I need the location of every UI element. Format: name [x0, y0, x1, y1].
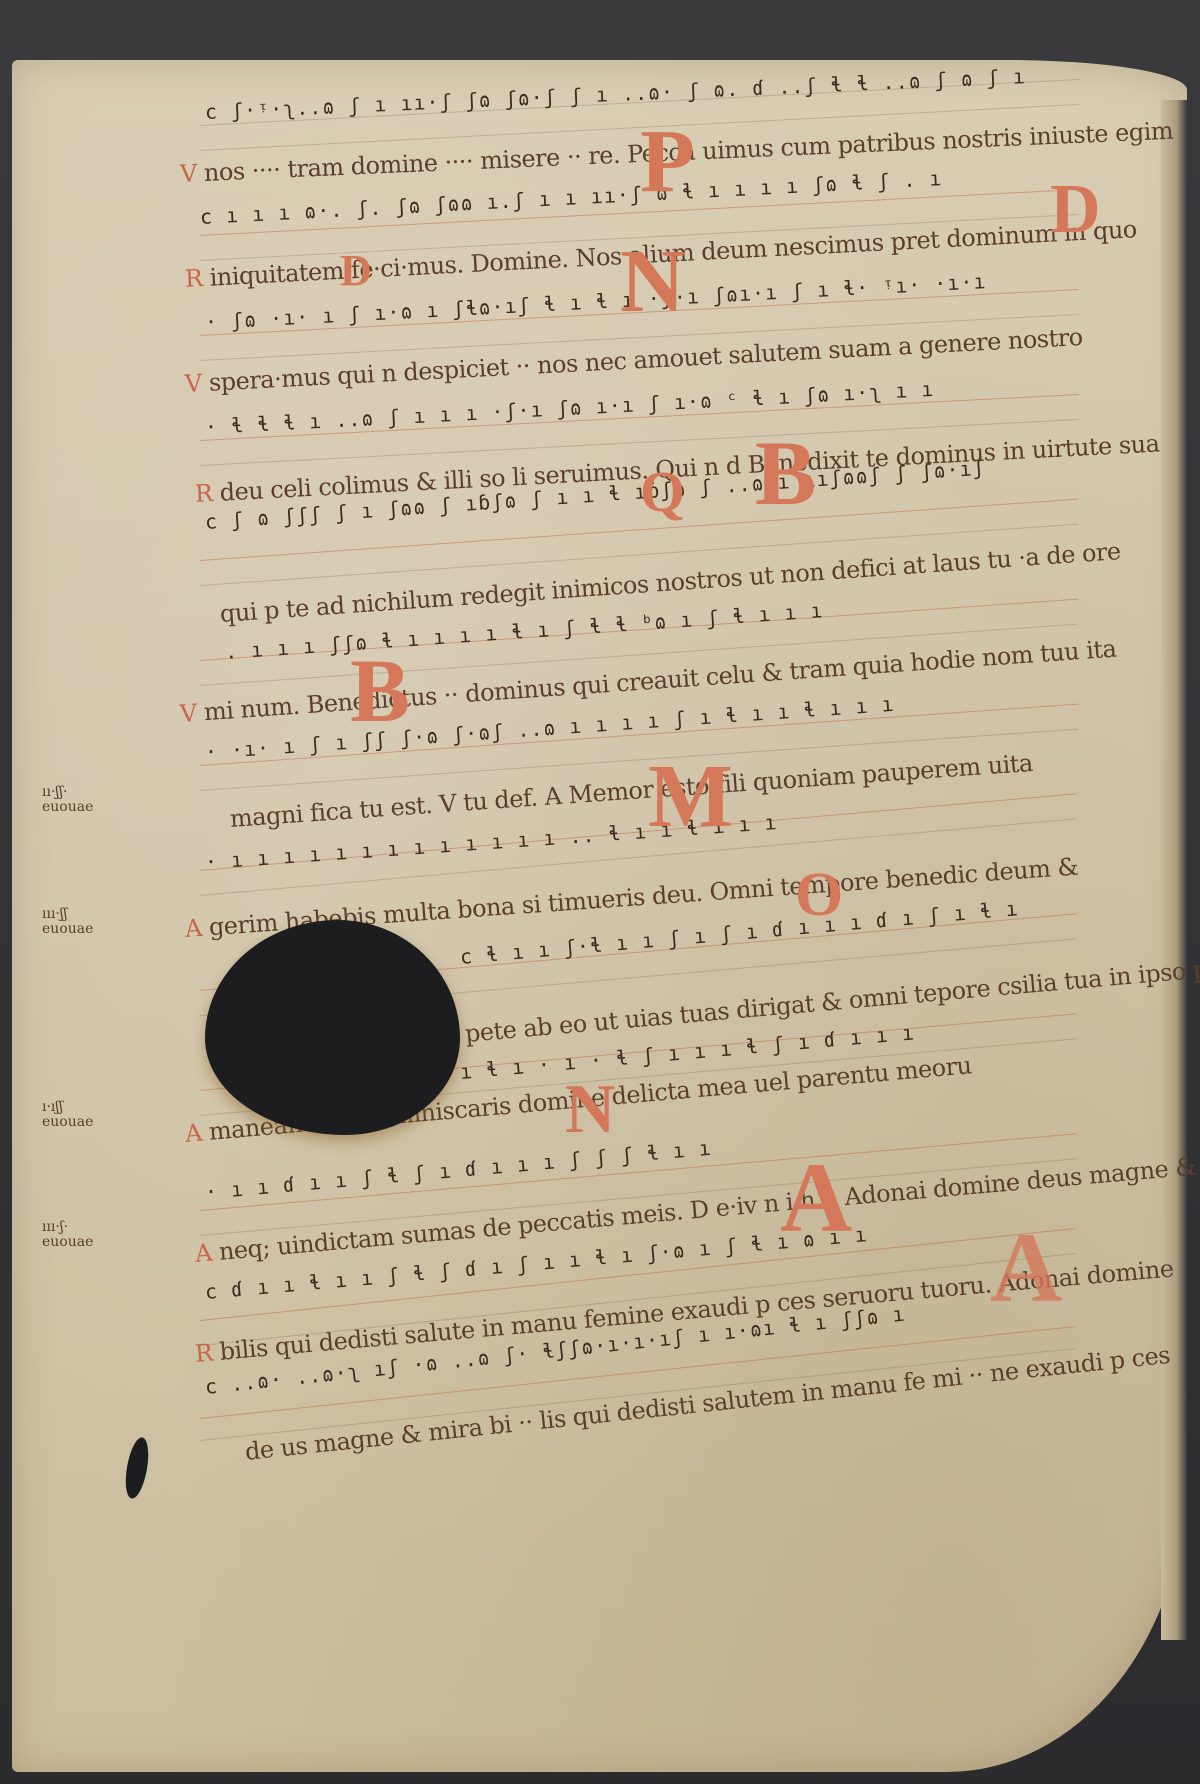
page-gutter-edge — [1161, 100, 1187, 1640]
initial-Q: Q — [640, 458, 685, 525]
initial-A-adonai-second: A — [990, 1210, 1062, 1325]
versicle-mark: V — [179, 699, 198, 728]
margin-note: ıı·ʃʃ· euouae — [42, 785, 93, 815]
margin-neumes: ııı·ʃ· — [42, 1220, 93, 1235]
response-mark: R — [194, 479, 213, 508]
margin-neumes: ı·ıʃʃ — [42, 1100, 93, 1115]
initial-M: M — [648, 745, 733, 848]
initial-A-adonai: A — [780, 1140, 852, 1255]
initial-O: O — [795, 860, 843, 931]
initial-D: D — [340, 245, 372, 296]
antiphon-mark: A — [194, 1239, 213, 1268]
initial-B: B — [755, 420, 816, 526]
initial-N-ne: N — [565, 1070, 616, 1150]
initial-B-benedictus: B — [350, 640, 410, 743]
response-mark: R — [184, 264, 203, 293]
margin-neumes: ıı·ʃʃ· — [42, 785, 93, 800]
versicle-mark: V — [179, 159, 197, 188]
initial-N: N — [620, 230, 685, 333]
antiphon-mark: A — [184, 1119, 203, 1148]
initial-D-dominus: D — [1050, 170, 1101, 250]
margin-note: ııı·ʃ· euouae — [42, 1220, 93, 1250]
margin-note: ııı·ʃʃ euouae — [42, 907, 93, 937]
margin-text: euouae — [42, 1235, 93, 1250]
margin-text: euouae — [42, 1115, 93, 1130]
margin-note: ı·ıʃʃ euouae — [42, 1100, 93, 1130]
margin-neumes: ııı·ʃʃ — [42, 907, 93, 922]
margin-text: euouae — [42, 800, 93, 815]
margin-text: euouae — [42, 922, 93, 937]
response-mark: R — [194, 1339, 214, 1368]
versicle-mark: V — [184, 369, 202, 398]
antiphon-mark: A — [184, 914, 203, 943]
initial-P: P — [640, 110, 695, 213]
